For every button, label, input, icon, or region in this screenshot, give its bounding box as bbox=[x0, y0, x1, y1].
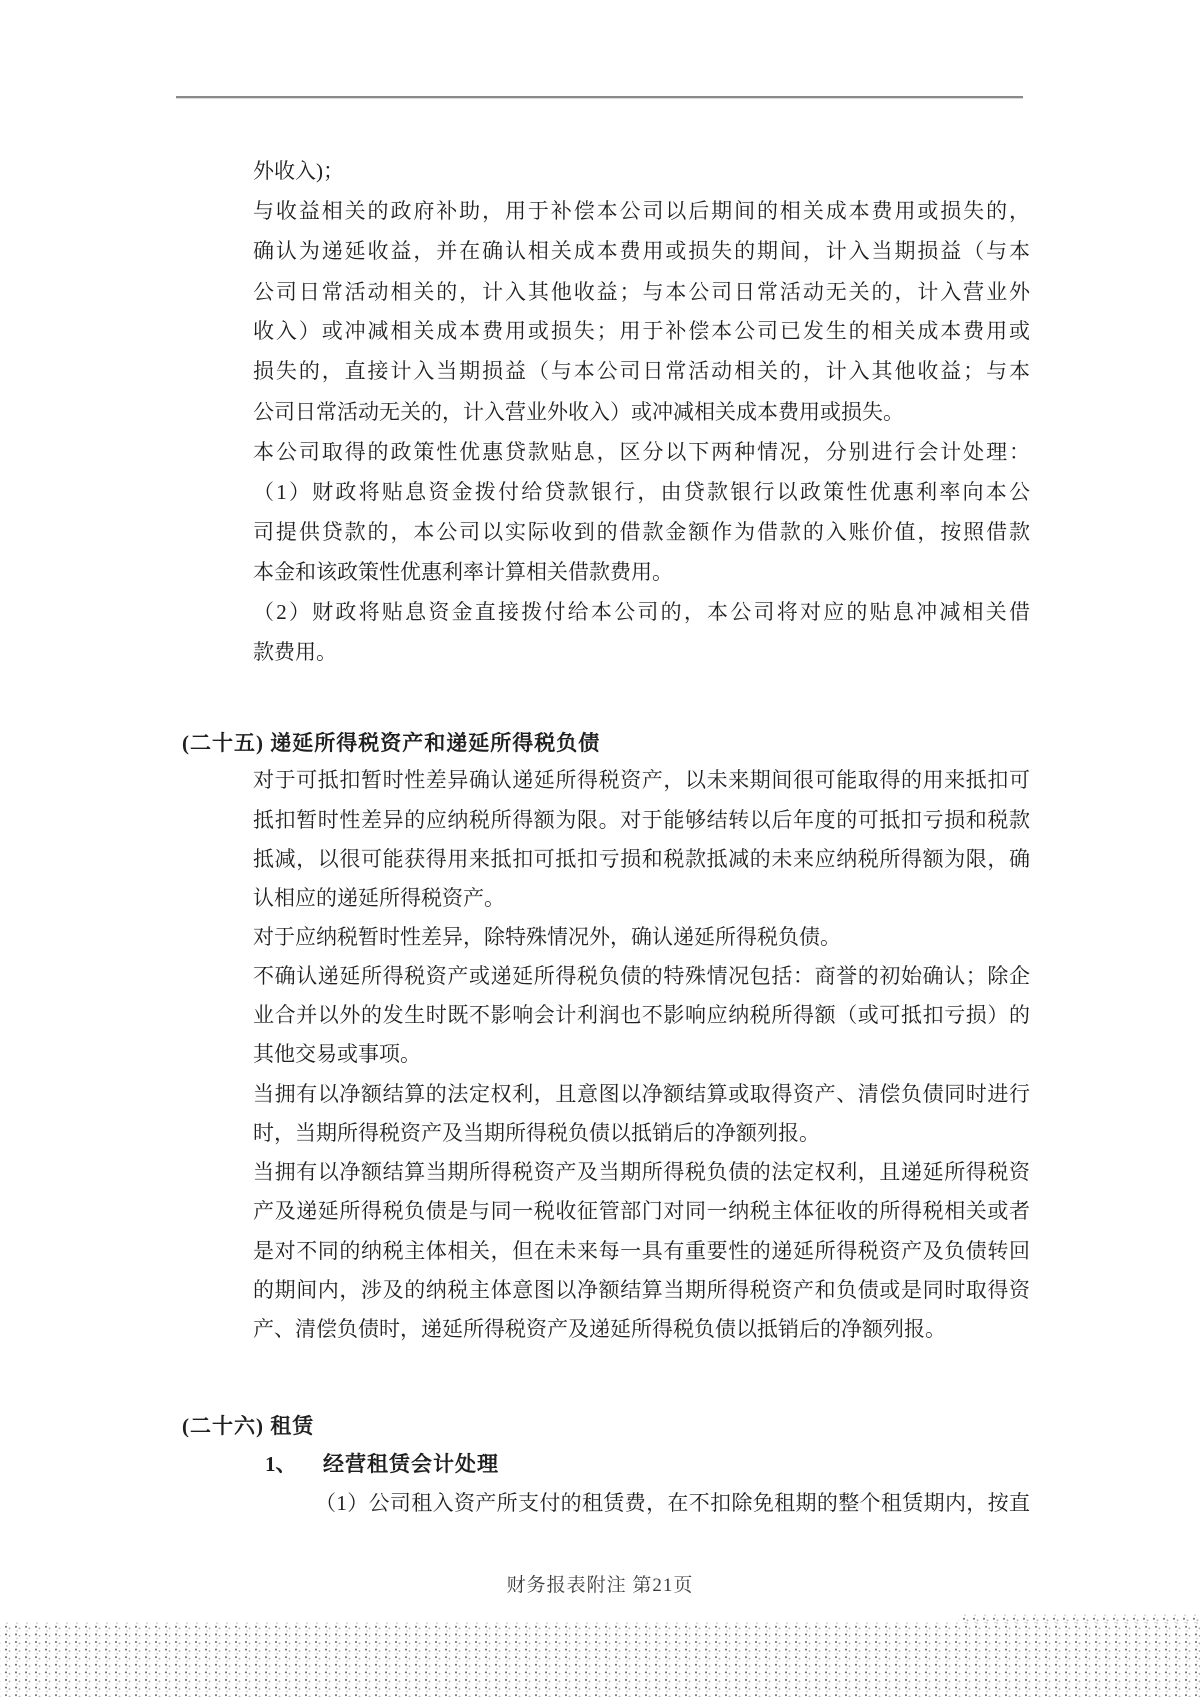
body-line: 产及递延所得税负债是与同一税收征管部门对同一纳税主体征收的所得税相关或者 bbox=[253, 1198, 1030, 1225]
body-line: 当拥有以净额结算的法定权利，且意图以净额结算或取得资产、清偿负债同时进行 bbox=[253, 1081, 1030, 1108]
subsection-1-number: 1、 bbox=[265, 1451, 297, 1478]
body-line: 款费用。 bbox=[253, 639, 1030, 666]
header-rule bbox=[176, 96, 1023, 98]
body-line: 对于可抵扣暂时性差异确认递延所得税资产，以未来期间很可能取得的用来抵扣可 bbox=[253, 767, 1030, 794]
body-line: 抵扣暂时性差异的应纳税所得额为限。对于能够结转以后年度的可抵扣亏损和税款 bbox=[253, 807, 1030, 834]
body-line: （2）财政将贴息资金直接拨付给本公司的，本公司将对应的贴息冲减相关借 bbox=[253, 599, 1030, 626]
body-line: 收入）或冲减相关成本费用或损失；用于补偿本公司已发生的相关成本费用或 bbox=[253, 318, 1030, 345]
body-line: 外收入)； bbox=[253, 158, 1030, 185]
section-25-heading: (二十五) 递延所得税资产和递延所得税负债 bbox=[182, 727, 600, 757]
section-26-heading: (二十六) 租赁 bbox=[182, 1410, 314, 1440]
body-line: 本公司取得的政策性优惠贷款贴息，区分以下两种情况，分别进行会计处理： bbox=[253, 439, 1030, 466]
body-line: 业合并以外的发生时既不影响会计利润也不影响应纳税所得额（或可抵扣亏损）的 bbox=[253, 1002, 1030, 1029]
body-line: 公司日常活动相关的，计入其他收益；与本公司日常活动无关的，计入营业外 bbox=[253, 279, 1030, 306]
body-line: 不确认递延所得税资产或递延所得税负债的特殊情况包括：商誉的初始确认；除企 bbox=[253, 963, 1030, 990]
body-line: 当拥有以净额结算当期所得税资产及当期所得税负债的法定权利，且递延所得税资 bbox=[253, 1159, 1030, 1186]
body-line: 公司日常活动无关的，计入营业外收入）或冲减相关成本费用或损失。 bbox=[253, 399, 1030, 426]
body-line: 其他交易或事项。 bbox=[253, 1041, 1030, 1068]
body-line: 对于应纳税暂时性差异，除特殊情况外，确认递延所得税负债。 bbox=[253, 924, 1030, 951]
body-line: 司提供贷款的，本公司以实际收到的借款金额作为借款的入账价值，按照借款 bbox=[253, 519, 1030, 546]
body-line: 损失的，直接计入当期损益（与本公司日常活动相关的，计入其他收益；与本 bbox=[253, 358, 1030, 385]
body-line: 认相应的递延所得税资产。 bbox=[253, 885, 1030, 912]
body-line: 确认为递延收益，并在确认相关成本费用或损失的期间，计入当期损益（与本 bbox=[253, 238, 1030, 265]
body-line: （1）财政将贴息资金拨付给贷款银行，由贷款银行以政策性优惠利率向本公 bbox=[253, 479, 1030, 506]
body-line: 与收益相关的政府补助，用于补偿本公司以后期间的相关成本费用或损失的， bbox=[253, 198, 1030, 225]
body-line: 产、清偿负债时，递延所得税资产及递延所得税负债以抵销后的净额列报。 bbox=[253, 1316, 1030, 1343]
body-line: （1）公司租入资产所支付的租赁费，在不扣除免租期的整个租赁期内，按直 bbox=[315, 1490, 1030, 1517]
body-line: 抵减，以很可能获得用来抵扣可抵扣亏损和税款抵减的未来应纳税所得额为限，确 bbox=[253, 846, 1030, 873]
body-line: 的期间内，涉及的纳税主体意图以净额结算当期所得税资产和负债或是同时取得资 bbox=[253, 1277, 1030, 1304]
page-footer: 财务报表附注 第21页 bbox=[0, 1573, 1200, 1598]
body-line: 时，当期所得税资产及当期所得税负债以抵销后的净额列报。 bbox=[253, 1120, 1030, 1147]
body-line: 是对不同的纳税主体相关，但在未来每一具有重要性的递延所得税资产及负债转回 bbox=[253, 1238, 1030, 1265]
bottom-dot-texture bbox=[0, 1622, 1200, 1697]
body-line: 本金和该政策性优惠利率计算相关借款费用。 bbox=[253, 559, 1030, 586]
subsection-1-title: 经营租赁会计处理 bbox=[323, 1451, 499, 1478]
